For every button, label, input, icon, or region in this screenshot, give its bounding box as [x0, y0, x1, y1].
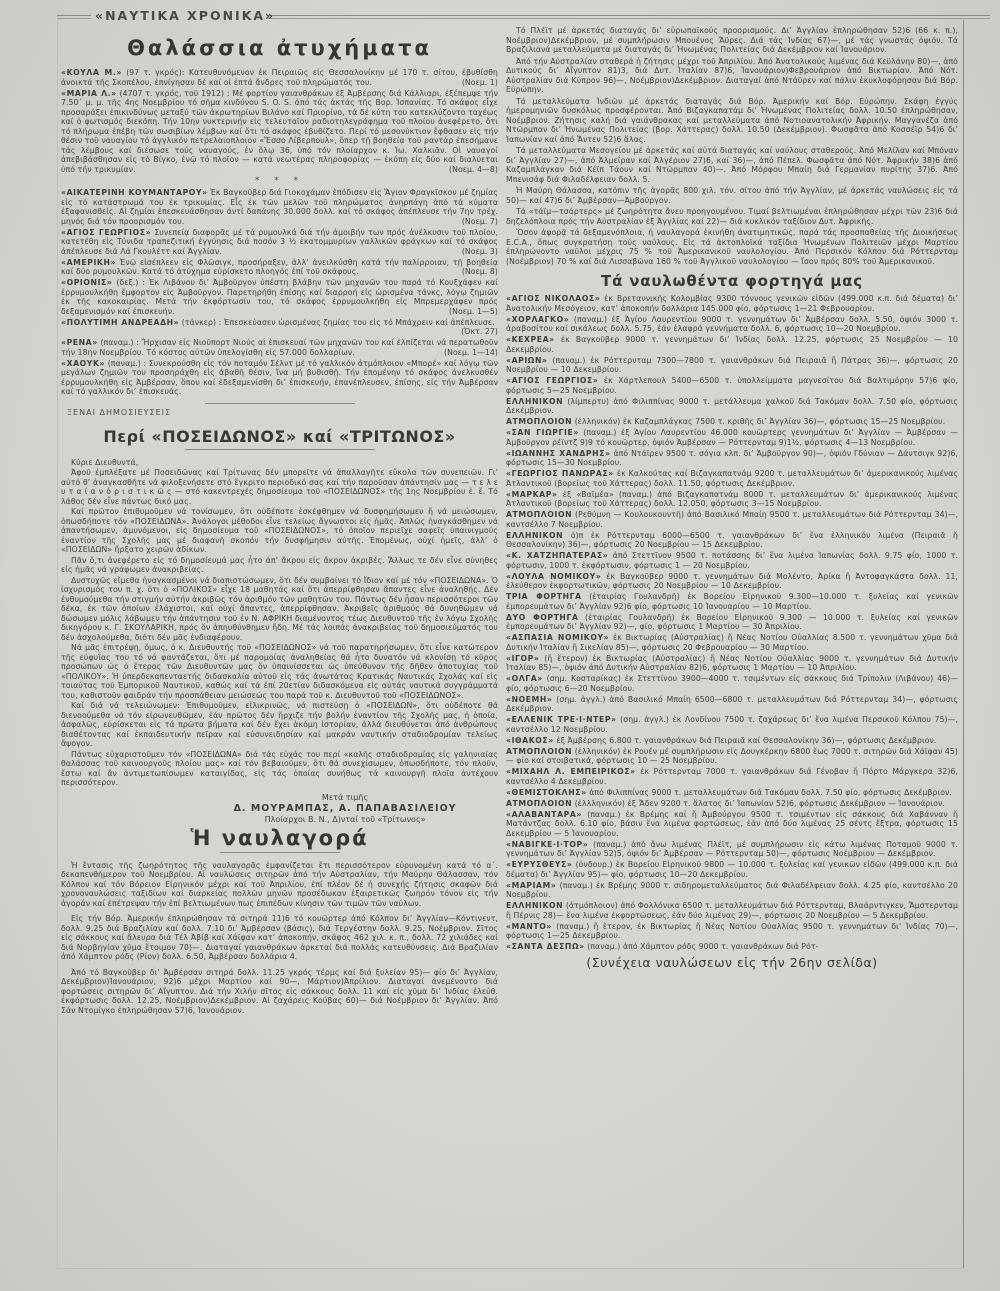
accident-entry: «ΟΡΙΟΝΙΣ» (δεξ.) : Ἐκ Λιβάνου δι’ Ἀμβοῦρ…: [61, 278, 498, 316]
charter-entry: «ΟΛΓΑ» (σημ. Κοσταρίκας) ἐκ Στεττίνου 39…: [506, 674, 958, 693]
charter-text: (ἤ ἕτερον) ἐκ Βικτωρίας (Αὐστραλίας) ἤ Ν…: [506, 654, 958, 673]
accidents-entry-list: «ΚΟΥΛΑ Μ.» (97 τ. γκρός): Κατευθυνόμενον…: [61, 68, 498, 397]
charter-text: (Ρεθύμνη — Κουλουκουντῆ) ἀπό Βασιλικό Μπ…: [506, 510, 958, 529]
signature-salutation: Μετά τιμῆς: [192, 793, 498, 802]
accident-text: (97 τ. γκρός): Κατευθυνόμενον ἐκ Πειραιῶ…: [61, 68, 498, 87]
ship-name: «ΟΡΙΟΝΙΣ»: [61, 278, 112, 287]
charter-entry: «Κ. ΧΑΤΖΗΠΑΤΕΡΑΣ» ἀπό Στεττῖνον 9500 τ. …: [506, 551, 958, 570]
market-paragraph: Ἀπό τήν Αὐστραλίαν σταθερά ἡ ζήτησις μέχ…: [506, 57, 958, 95]
letter-paragraph: Καί διά νά τελειώνωμεν: Ἐπιθυμοῦμεν, εἰλ…: [61, 701, 498, 749]
freight-paragraph: Ἀπό τό Βαγκοῦβερ δι’ Ἀμβέρσαν σιτηρά δολ…: [61, 968, 498, 1016]
chartered-entry-list: «ΑΓΙΟΣ ΝΙΚΟΛΑΟΣ» ἐκ Βρεταννικῆς Κολομβία…: [506, 294, 958, 952]
letter-paragraph-list: Κύριε Διευθυντά, Ἀφοῦ ἐμπλέξατε μέ Ποσει…: [61, 458, 498, 788]
accident-entry: «ΡΕΝΑ» (παναμ.) : Ἤρχισαν εἰς Νιοῦπορτ Ν…: [61, 338, 498, 357]
accident-date: (Νοεμ. 3): [452, 247, 498, 257]
ship-name: «ΑΛΑΒΑΝΤΑΡΑ»: [506, 810, 582, 819]
charter-entry: «ΕΥΡΥΣΘΕΥΣ» (ὀνδουρ.) ἐκ Βορείου Εἰρηνικ…: [506, 860, 958, 879]
accident-entry: «ΜΑΡΙΑ Λ.» (4707 τ. γκρός, τοῦ 1912) : Μ…: [61, 89, 498, 187]
page-border-right: [963, 20, 964, 1268]
signature-role: Πλοίαρχοι Β. Ν., Δ)νταί τοῦ «Τρίτωνος»: [192, 815, 498, 824]
letter-kicker: ΞΕΝΑΙ ΔΗΜΟΣΙΕΥΣΕΙΣ: [67, 408, 498, 417]
ship-name: «ΕΛΛΕΝΙΚ ΤΡΕ·Ι·ΝΤΕΡ»: [506, 715, 617, 724]
ship-name: «ΑΓΙΟΣ ΝΙΚΟΛΑΟΣ»: [506, 294, 600, 303]
charter-entry: «ΘΕΜΙΣΤΟΚΛΗΣ» ἀπό Φιλιππίνας 9000 τ. μετ…: [506, 788, 958, 798]
charter-entry: ΑΤΜΟΠΛΟΙΟΝ (ἑλληνικόν) ἐκ Καζαμπλάγκας 7…: [506, 417, 958, 427]
charter-entry: «ΑΣΠΑΣΙΑ ΝΟΜΙΚΟΥ» ἐκ Βικτωρίας (Αὐστραλί…: [506, 633, 958, 652]
ship-name: «ΙΘΑΚΟΣ»: [506, 736, 554, 745]
ship-name: «ΘΕΜΙΣΤΟΚΛΗΣ»: [506, 788, 587, 797]
continuation-note: (Συνέχεια ναυλώσεων εἰς τήν 26ην σελίδα): [506, 955, 958, 970]
ship-name: «ΜΑΝΤΟ»: [506, 922, 552, 931]
ship-name: «ΑΣΠΑΣΙΑ ΝΟΜΙΚΟΥ»: [506, 633, 609, 642]
charter-entry: «ΚΕΧΡΕΑ» ἐκ Βαγκοῦβερ 9000 τ. γεννημάτων…: [506, 335, 958, 354]
freight-paragraph: Ἡ ἔντασις τῆς ζωηρότητος τῆς ναυλαγορᾶς …: [61, 861, 498, 909]
accident-text: (παναμ.) : Συνεκρούσθη εἰς τόν ποταμόν Σ…: [61, 359, 498, 397]
charter-entry: ΤΡΙΑ ΦΟΡΤΗΓΑ (ἑταιρίας Γουλανδρῆ) ἐκ Βορ…: [506, 592, 958, 611]
freight-title: Ἡ ναυλαγορά: [61, 826, 498, 850]
charter-entry: «ΓΕΩΡΓΙΟΣ ΠΑΝΩΡΑΣ» ἐκ Καλκούτας καί Βιζα…: [506, 469, 958, 488]
accident-entry: «ΧΑΟΥΚ» (παναμ.) : Συνεκρούσθη εἰς τόν π…: [61, 359, 498, 397]
ship-name: «ΕΥΡΥΣΘΕΥΣ»: [506, 860, 572, 869]
charter-entry: ΕΛΛΗΝΙΚΟΝ ὁ)π ἐκ Ρόττερνταμ 6000—6500 τ.…: [506, 531, 958, 550]
accident-text: Ἐνῷ εἰσέπλεεν εἰς Φλῶσιγκ, προσήραξεν, ἀ…: [61, 258, 498, 277]
chartered-title: Τά ναυλωθέντα φορτηγά μας: [506, 272, 958, 290]
market-paragraph: Ὅσον ἀφορᾷ τά δεξαμενόπλοια, ἡ ναυλαγορά…: [506, 228, 958, 266]
letter-title-underline: [185, 449, 375, 450]
letter-title: Περί «ΠΟΣΕΙΔΩΝΟΣ» καί «ΤΡΙΤΩΝΟΣ»: [61, 427, 498, 446]
masthead-rule-right: [268, 15, 990, 19]
ship-name: «ΜΙΧΑΗΛ Λ. ΕΜΠΕΙΡΙΚΟΣ»: [506, 767, 636, 776]
ship-name: ΤΡΙΑ ΦΟΡΤΗΓΑ: [506, 592, 582, 601]
accident-text: (παναμ.) : Ἤρχισαν εἰς Νιοῦπορτ Νιούς αἱ…: [61, 338, 498, 357]
letter-paragraph: Κύριε Διευθυντά,: [61, 458, 498, 468]
accident-entry: «ΚΟΥΛΑ Μ.» (97 τ. γκρός): Κατευθυνόμενον…: [61, 68, 498, 87]
ship-name: «ΧΟΡΛΑΓΚΟ»: [506, 315, 569, 324]
charter-entry: ΑΤΜΟΠΛΟΙΟΝ (ἑλλληνικόν) ἐξ Ἄδεν 9200 τ. …: [506, 799, 958, 809]
charter-text: (λίμπερτυ) ἀπό Φιλιππίνας 9000 τ. μετάλλ…: [506, 397, 958, 416]
charter-entry: «ΣΑΝΤΑ ΔΕΣΠΩ» (παναμ.) ἀπό Χάμπτον ρόδς …: [506, 942, 958, 952]
accident-date: (Νοεμ. 1—5): [439, 307, 498, 317]
ship-name: «ΑΙΚΑΤΕΡΙΝΗ ΚΟΥΜΑΝΤΑΡΟΥ»: [61, 188, 208, 197]
accident-text: (4707 τ. γκρός, τοῦ 1912) : Μέ φορτίον γ…: [61, 89, 498, 174]
charter-entry: «ΕΛΛΕΝΙΚ ΤΡΕ·Ι·ΝΤΕΡ» (σημ. ἀγγλ.) ἐκ Λον…: [506, 715, 958, 734]
charter-text: (παναμ.) ἐκ Ρόττερνταμ 7300—7800 τ. γαια…: [506, 356, 958, 375]
market-paragraph: Τά μεταλλεύματα Ἰνδιῶν μέ ἀρκετάς διαταγ…: [506, 97, 958, 145]
accident-text: (δεξ.) : Ἐκ Λιβάνου δι’ Ἀμβοῦργον ὑπέστη…: [61, 278, 498, 316]
masthead-rule-left: [57, 15, 91, 19]
ship-name: «ΠΟΛΥΤΙΜΗ ΑΝΔΡΕΑΔΗ»: [61, 318, 179, 327]
freight-paragraph-list: Ἡ ἔντασις τῆς ζωηρότητος τῆς ναυλαγορᾶς …: [61, 861, 498, 1016]
charter-entry: «ΝΟΕΜΗ» (σημ. ἀγγλ.) ἀπό Βασιλικό Μπαίη …: [506, 695, 958, 714]
charter-text: (ἑλληνικόν) ἐκ Καζαμπλάγκας 7500 τ. κριθ…: [575, 417, 946, 426]
page-border-bottom: [57, 1268, 963, 1269]
ship-name: «ΓΕΩΡΓΙΟΣ ΠΑΝΩΡΑΣ»: [506, 469, 614, 478]
letter-paragraph: Δυστυχῶς εἴμεθα ἠναγκασμένοι νά διαπιστώ…: [61, 576, 498, 643]
market-paragraph: Ἡ Μαύρη Θάλασσα, κατόπιν τῆς ἀγορᾶς 800 …: [506, 186, 958, 205]
charter-entry: ΕΛΛΗΝΙΚΟΝ (ἀτμόπλοιον) ἀπό Φολλόνικα 650…: [506, 901, 958, 920]
charter-text: (ἑλλληνικόν) ἐξ Ἄδεν 9200 τ. ἅλατος δι’ …: [575, 799, 945, 808]
charter-entry: «ΜΑΡΚΑΡ» ἐξ «Βαϊμέα» (παναμ.) ἀπό Βιζαγκ…: [506, 490, 958, 509]
section-divider-stars: * * *: [61, 176, 498, 186]
ship-name: «ΙΓΟΡ»: [506, 654, 539, 663]
masthead-title: «ΝΑΥΤΙΚΑ ΧΡΟΝΙΚΑ»: [95, 8, 275, 23]
accident-date: (Νοεμ. 1—14): [434, 348, 498, 358]
accident-date: (Ὀκτ. 27): [451, 327, 498, 337]
charter-entry: «ΙΓΟΡ» (ἤ ἕτερον) ἐκ Βικτωρίας (Αὐστραλί…: [506, 654, 958, 673]
charter-entry: «ΜΙΧΑΗΛ Λ. ΕΜΠΕΙΡΙΚΟΣ» ἐκ Ρόττερνταμ 700…: [506, 767, 958, 786]
charter-entry: ΕΛΛΗΝΙΚΟΝ (λίμπερτυ) ἀπό Φιλιππίνας 9000…: [506, 397, 958, 416]
charter-text: (ἑλληνικόν) ἐκ Ρουέν μέ συμπλήρωσιν εἰς …: [506, 747, 958, 766]
market-paragraph: Τά μεταλλεύματα Μεσογείου μέ ἀρκετάς καί…: [506, 146, 958, 184]
charter-text: ἀπό Φιλιππίνας 9000 τ. μεταλλευμάτων διά…: [589, 788, 952, 797]
ship-name: «ΡΕΝΑ»: [61, 338, 98, 347]
charter-entry: «ΝΑΒΙΓΚΕ·Ι·ΤΟΡ» (παναμ.) ἀπό ἄνω λιμένας…: [506, 840, 958, 859]
freight-paragraph: Εἰς τήν Βόρ. Ἀμερικήν ἐπληρώθησαν τά σιτ…: [61, 914, 498, 962]
ship-name: «ΛΟΥΛΑ ΝΟΜΙΚΟΥ»: [506, 572, 601, 581]
charter-text: ἐξ «Βαϊμέα» (παναμ.) ἀπό Βιζαγκαπατνάμ 8…: [506, 490, 958, 509]
ship-name: «ΚΕΧΡΕΑ»: [506, 335, 555, 344]
charter-text: (σημ. ἀγγλ.) ἀπό Βασιλικό Μπαίη 6500—680…: [506, 695, 958, 714]
page-border-left: [57, 20, 58, 1268]
newspaper-page: «ΝΑΥΤΙΚΑ ΧΡΟΝΙΚΑ» Θαλάσσια ἀτυχήματα «ΚΟ…: [0, 0, 1000, 1291]
charter-text: ἐξ Ἀμβέρσης 6.800 τ. γαιανθράκων διά Πει…: [556, 736, 936, 745]
charter-entry: «ΧΟΡΛΑΓΚΟ» (παναμ.) ἐξ Ἁγίου Λαυρεντίου …: [506, 315, 958, 334]
charter-text: (σημ. Κοσταρίκας) ἐκ Στεττίνου 3900—4000…: [506, 674, 958, 693]
market-paragraph: Τό Πλέϊτ μέ ἀρκετάς διαταγάς δι’ εὐρωπαϊ…: [506, 26, 958, 55]
charter-entry: «ΑΡΙΩΝ» (παναμ.) ἐκ Ρόττερνταμ 7300—7800…: [506, 356, 958, 375]
charter-entry: «ΑΓΙΟΣ ΓΕΩΡΓΙΟΣ» ἐκ Χάρτλεπουλ 5400—6500…: [506, 376, 958, 395]
ship-name: «ΝΟΕΜΗ»: [506, 695, 552, 704]
charter-entry: ΑΤΜΟΠΛΟΙΟΝ (ἑλληνικόν) ἐκ Ρουέν μέ συμπλ…: [506, 747, 958, 766]
charter-entry: «ΜΑΡΙΑΜ» (παναμ.) ἐκ Βρέμης 9000 τ. σιδη…: [506, 881, 958, 900]
letter-paragraph: Πᾶν ὅ,τι ἀνεφέρετο εἰς τό δημοσίευμά μας…: [61, 556, 498, 575]
accidents-title: Θαλάσσια ἀτυχήματα: [61, 36, 498, 60]
ship-name: ΑΤΜΟΠΛΟΙΟΝ: [506, 510, 572, 519]
market-paragraph-list: Τό Πλέϊτ μέ ἀρκετάς διαταγάς δι’ εὐρωπαϊ…: [506, 26, 958, 266]
ship-name: ΑΤΜΟΠΛΟΙΟΝ: [506, 747, 572, 756]
ship-name: ΕΛΛΗΝΙΚΟΝ: [506, 531, 563, 540]
charter-entry: «ΙΘΑΚΟΣ» ἐξ Ἀμβέρσης 6.800 τ. γαιανθράκω…: [506, 736, 958, 746]
ship-name: «ΜΑΡΙΑΜ»: [506, 881, 556, 890]
accident-entry: «ΑΙΚΑΤΕΡΙΝΗ ΚΟΥΜΑΝΤΑΡΟΥ» Ἐκ Βαγκοῦβερ δι…: [61, 188, 498, 226]
ship-name: «ΜΑΡΙΑ Λ.»: [61, 89, 117, 98]
ship-name: «ΑΓΙΟΣ ΓΕΩΡΓΙΟΣ»: [61, 228, 151, 237]
charter-entry: «ΣΑΝ ΓΙΩΡΓΙΕ» (παναμ.) ἐξ Ἁγίου Λαυρεντί…: [506, 428, 958, 447]
letter-paragraph: Νά μᾶς ἐπιτρέψῃ, ὅμως, ὁ κ. Διευθυντής τ…: [61, 643, 498, 700]
left-column: Θαλάσσια ἀτυχήματα «ΚΟΥΛΑ Μ.» (97 τ. γκρ…: [61, 34, 498, 1021]
charter-text: ὁ)π ἐκ Ρόττερνταμ 6000—6500 τ. γαιανθράκ…: [506, 531, 958, 550]
ship-name: ΑΤΜΟΠΛΟΙΟΝ: [506, 799, 572, 808]
right-column: Τό Πλέϊτ μέ ἀρκετάς διαταγάς δι’ εὐρωπαϊ…: [506, 26, 958, 970]
accident-text: (τάνκερ) : Ἐπεσκεύασεν ὡρισμένας ζημίας …: [182, 318, 495, 327]
ship-name: ΑΤΜΟΠΛΟΙΟΝ: [506, 417, 572, 426]
ship-name: «ΑΜΕΡΙΚΗ»: [61, 258, 116, 267]
letter-signature: Μετά τιμῆς Δ. ΜΟΥΡΑΜΠΑΣ, Α. ΠΑΠΑΒΑΣΙΛΕΙΟ…: [192, 793, 498, 824]
accident-date: (Νοεμ. 1): [452, 78, 498, 88]
accident-entry: «ΑΓΙΟΣ ΓΕΩΡΓΙΟΣ» Συνεπείᾳ διαφορᾶς μέ τά…: [61, 228, 498, 257]
ship-name: «ΧΑΟΥΚ»: [61, 359, 105, 368]
ship-name: ΔΥΟ ΦΟΡΤΗΓΑ: [506, 613, 579, 622]
charter-entry: «ΑΛΑΒΑΝΤΑΡΑ» (παναμ.) ἐκ Βρέμης καί ἤ Ἀμ…: [506, 810, 958, 839]
ship-name: ΕΛΛΗΝΙΚΟΝ: [506, 901, 563, 910]
ship-name: «ΑΡΙΩΝ»: [506, 356, 548, 365]
ship-name: «ΣΑΝΤΑ ΔΕΣΠΩ»: [506, 942, 585, 951]
charter-entry: «ΛΟΥΛΑ ΝΟΜΙΚΟΥ» ἐκ Βαγκοῦβερ 9000 τ. γεν…: [506, 572, 958, 591]
charter-text: (παναμ.) ἐκ Βρέμης 9000 τ. σιδηρομεταλλε…: [506, 881, 958, 900]
charter-text: (ὀνδουρ.) ἐκ Βορείου Εἰρηνικοῦ 9800 — 10…: [506, 860, 958, 879]
charter-entry: «ΑΓΙΟΣ ΝΙΚΟΛΑΟΣ» ἐκ Βρεταννικῆς Κολομβία…: [506, 294, 958, 313]
ship-name: «ΟΛΓΑ»: [506, 674, 543, 683]
ship-name: «Κ. ΧΑΤΖΗΠΑΤΕΡΑΣ»: [506, 551, 608, 560]
accident-date: (Νοεμ. 7): [452, 217, 498, 227]
ship-name: «ΑΓΙΟΣ ΓΕΩΡΓΙΟΣ»: [506, 376, 598, 385]
letter-paragraph: Καί πρῶτον ἐπιθυμοῦμεν νά τονίσωμεν, ὅτι…: [61, 507, 498, 555]
charter-text: (παναμ.) ἀπό Χάμπτον ρόδς 9000 τ. γαιανθ…: [587, 942, 818, 951]
ship-name: «ΣΑΝ ΓΙΩΡΓΙΕ»: [506, 428, 579, 437]
signature-names: Δ. ΜΟΥΡΑΜΠΑΣ, Α. ΠΑΠΑΒΑΣΙΛΕΙΟΥ: [192, 803, 498, 814]
accident-entry: «ΠΟΛΥΤΙΜΗ ΑΝΔΡΕΑΔΗ» (τάνκερ) : Ἐπεσκεύασ…: [61, 318, 498, 337]
charter-entry: «ΜΑΝΤΟ» (παναμ.) ἤ ἕτερον, ἐκ Βικτωρίας …: [506, 922, 958, 941]
charter-entry: «ΙΩΑΝΝΗΣ ΧΑΝΔΡΗΣ» ἀπό Ντάϊρεν 9500 τ. σό…: [506, 449, 958, 468]
freight-title-underline: [220, 852, 340, 853]
charter-text: ἐκ Βαγκοῦβερ 9000 τ. γεννημάτων δι’ Ἰνδί…: [506, 335, 958, 354]
letter-paragraph: Πάντως εὐχαριστοῦμεν τόν «ΠΟΣΕΙΔΩΝΑ» διά…: [61, 750, 498, 788]
section-divider-rule: [205, 403, 355, 404]
charter-entry: ΑΤΜΟΠΛΟΙΟΝ (Ρεθύμνη — Κουλουκουντῆ) ἀπό …: [506, 510, 958, 529]
charter-text: (ἀτμόπλοιον) ἀπό Φολλόνικα 6500 τ. μεταλ…: [506, 901, 958, 920]
letter-paragraph: Ἀφοῦ ἐμπλέξατε μέ Ποσειδῶνας καί Τρίτωνα…: [61, 468, 498, 506]
accident-entry: «ΑΜΕΡΙΚΗ» Ἐνῷ εἰσέπλεεν εἰς Φλῶσιγκ, προ…: [61, 258, 498, 277]
ship-name: «ΜΑΡΚΑΡ»: [506, 490, 558, 499]
ship-name: ΕΛΛΗΝΙΚΟΝ: [506, 397, 563, 406]
ship-name: «ΙΩΑΝΝΗΣ ΧΑΝΔΡΗΣ»: [506, 449, 611, 458]
charter-text: (παναμ.) ἤ ἕτερον, ἐκ Βικτωρίας ἤ Νέας Ν…: [506, 922, 958, 941]
accident-date: (Νοεμ. 8): [452, 267, 498, 277]
accident-date: (Νοεμ. 4—8): [439, 165, 498, 175]
charter-text: (παναμ.) ἐξ Ἁγίου Λαυρεντίου 9000 τ. γεν…: [506, 315, 958, 334]
ship-name: «ΚΟΥΛΑ Μ.»: [61, 68, 122, 77]
ship-name: «ΝΑΒΙΓΚΕ·Ι·ΤΟΡ»: [506, 840, 588, 849]
market-paragraph: Τά «τάϊμ—τσάρτερς» μέ ζωηρότητα ἄνευ προ…: [506, 207, 958, 226]
charter-entry: ΔΥΟ ΦΟΡΤΗΓΑ (ἑταιρίας Γουλανδρῆ) ἐκ Βορε…: [506, 613, 958, 632]
